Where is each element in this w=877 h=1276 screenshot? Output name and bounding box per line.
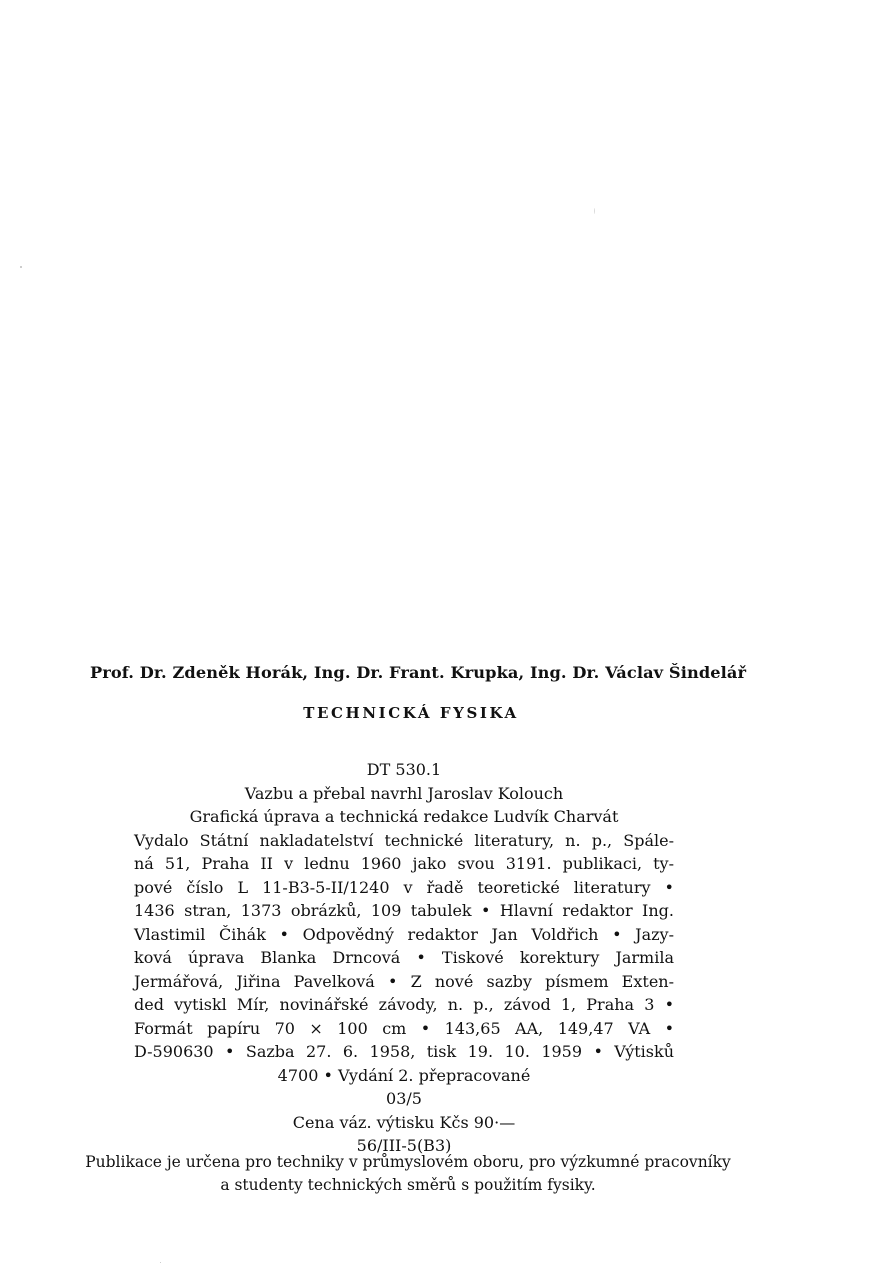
paper-speck xyxy=(20,266,22,268)
purpose-line-2: a studenty technických směrů s použitím … xyxy=(28,1174,788,1197)
book-title: TECHNICKÁ FYSIKA xyxy=(0,704,822,722)
classification-code: DT 530.1 xyxy=(134,758,674,782)
graphic-design-credit: Grafická úprava a technická redakce Ludv… xyxy=(134,805,674,829)
purpose-statement: Publikace je určena pro techniky v průmy… xyxy=(28,1151,788,1197)
imprint-line: Vlastimil Čihák • Odpovědný redaktor Jan… xyxy=(134,923,674,947)
imprint-line: Vydalo Státní nakladatelství technické l… xyxy=(134,829,674,853)
book-page: Prof. Dr. Zdeněk Horák, Ing. Dr. Frant. … xyxy=(0,0,877,1276)
imprint-line: Jermářová, Jiřina Pavelková • Z nové saz… xyxy=(134,970,674,994)
imprint-line: pové číslo L 11-B3-5-II/1240 v řadě teor… xyxy=(134,876,674,900)
edition-code: 03/5 xyxy=(134,1087,674,1111)
imprint-block: DT 530.1 Vazbu a přebal navrhl Jaroslav … xyxy=(134,758,674,1158)
purpose-line-1: Publikace je určena pro techniky v průmy… xyxy=(28,1151,788,1174)
imprint-line: Formát papíru 70 × 100 cm • 143,65 AA, 1… xyxy=(134,1017,674,1041)
imprint-line: ded vytiskl Mír, novinářské závody, n. p… xyxy=(134,993,674,1017)
imprint-line: ná 51, Praha II v lednu 1960 jako svou 3… xyxy=(134,852,674,876)
imprint-line: 1436 stran, 1373 obrázků, 109 tabulek • … xyxy=(134,899,674,923)
binding-design-credit: Vazbu a přebal navrhl Jaroslav Kolouch xyxy=(134,782,674,806)
paper-speck xyxy=(160,1262,161,1263)
imprint-last-line: 4700 • Vydání 2. přepracované xyxy=(134,1064,674,1088)
price-line: Cena váz. výtisku Kčs 90·— xyxy=(134,1111,674,1135)
imprint-line: D-590630 • Sazba 27. 6. 1958, tisk 19. 1… xyxy=(134,1040,674,1064)
paper-speck xyxy=(594,208,595,214)
imprint-line: ková úprava Blanka Drncová • Tiskové kor… xyxy=(134,946,674,970)
authors-line: Prof. Dr. Zdeněk Horák, Ing. Dr. Frant. … xyxy=(90,663,790,682)
